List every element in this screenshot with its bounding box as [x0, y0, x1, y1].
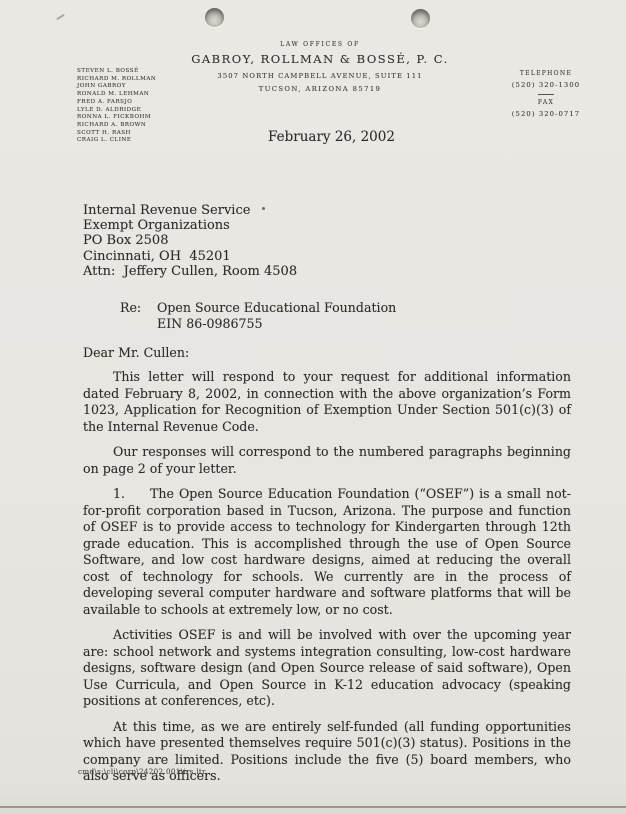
paragraph-text: Our responses will correspond to the num… [83, 444, 571, 476]
recipient-line: Cincinnati, OH 45201 [83, 249, 571, 264]
contact-block: TELEPHONE (520) 320-1300 FAX (520) 320-0… [500, 70, 592, 118]
attorney-name: JOHN GABROY [77, 83, 156, 91]
attorney-list: STEVEN L. BOSSÉ RICHARD M. ROLLMAN JOHN … [77, 68, 156, 145]
re-subject: Open Source Educational Foundation [157, 300, 396, 316]
recipient-line: Attn: Jeffery Cullen, Room 4508 [83, 264, 571, 279]
re-ein: EIN 86-0986755 [157, 316, 396, 332]
attorney-name: STEVEN L. BOSSÉ [77, 68, 156, 76]
scan-page-edge [0, 806, 626, 808]
fax-label: FAX [500, 99, 592, 106]
contact-divider [538, 94, 554, 95]
numbered-paragraph-1: 1.The Open Source Education Foundation (… [83, 486, 571, 618]
paragraph-text: The Open Source Education Foundation (“O… [83, 486, 571, 617]
paragraph: Our responses will correspond to the num… [83, 444, 571, 477]
salutation: Dear Mr. Cullen: [83, 345, 571, 360]
recipient-line: Internal Revenue Service [83, 203, 571, 218]
pencil-mark-artifact [56, 14, 65, 20]
recipient-line: PO Box 2508 [83, 233, 571, 248]
re-label: Re: [120, 300, 157, 331]
attorney-name: RONALD M. LEHMAN [77, 91, 156, 99]
paragraph: Activities OSEF is and will be involved … [83, 627, 571, 710]
punch-hole-left [205, 8, 224, 27]
letterhead-tagline: LAW OFFICES OF [14, 41, 626, 48]
paragraph-number: 1. [113, 486, 150, 501]
scanned-letter-page: LAW OFFICES OF GABROY, ROLLMAN & BOSSÉ, … [0, 0, 626, 814]
paragraph-text: Activities OSEF is and will be involved … [83, 627, 571, 708]
paragraph: This letter will respond to your request… [83, 369, 571, 435]
telephone-number: (520) 320-1300 [500, 81, 592, 89]
paragraph-text: This letter will respond to your request… [83, 369, 571, 434]
attorney-name: RONNA L. FICKBOHM [77, 114, 156, 122]
punch-hole-right [411, 9, 430, 28]
firm-name: GABROY, ROLLMAN & BOSSÉ, P. C. [14, 52, 626, 66]
attorney-name: FRED A. FARSJO [77, 99, 156, 107]
re-block: Re: Open Source Educational Foundation E… [120, 300, 571, 331]
attorney-name: CRAIG L. CLINE [77, 137, 156, 145]
re-lines: Open Source Educational Foundation EIN 8… [157, 300, 396, 331]
fax-number: (520) 320-0717 [500, 110, 592, 118]
attorney-name: RICHARD A. BROWN [77, 122, 156, 130]
telephone-label: TELEPHONE [500, 70, 592, 77]
recipient-line: Exempt Organizations [83, 218, 571, 233]
recipient-address-block: Internal Revenue Service Exempt Organiza… [83, 203, 571, 279]
letter-body: Internal Revenue Service Exempt Organiza… [83, 203, 571, 785]
file-reference: cmd\s:\cli\corp\24202.001\irs ltr [78, 767, 206, 776]
letter-date: February 26, 2002 [268, 129, 395, 145]
